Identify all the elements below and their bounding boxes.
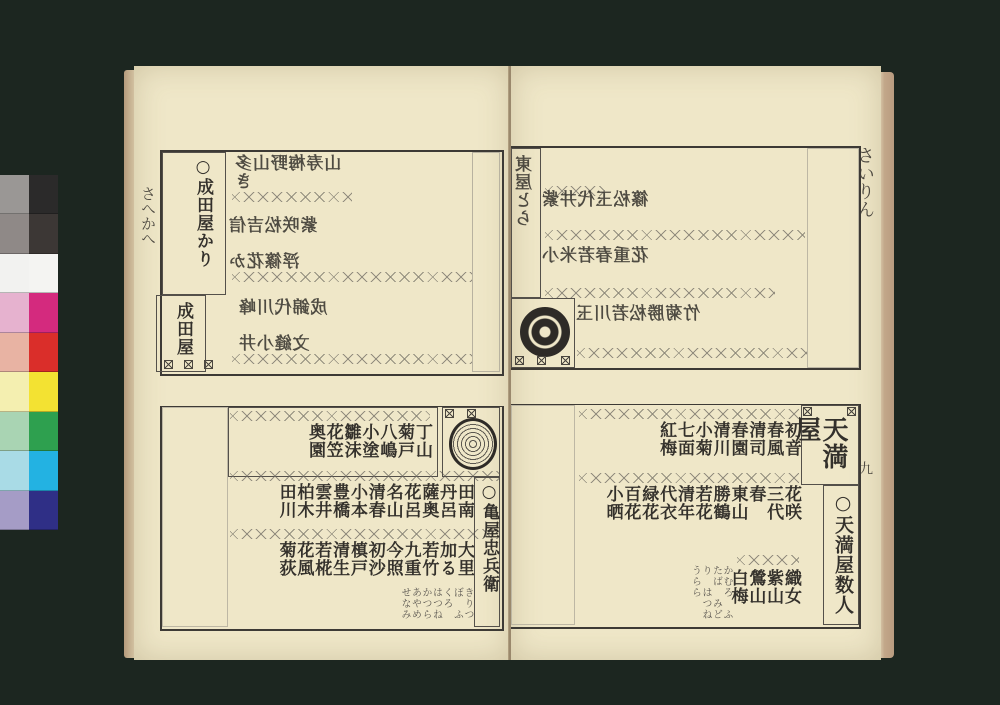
right-upper-house-cell: 東屋とら	[511, 148, 541, 298]
color-patch-light	[0, 451, 29, 490]
left-page: さへかへ ○成田屋かり 成田屋 多き 山 野 梅 寿 山 信 か 吉 花 松 篠…	[134, 66, 511, 660]
x-mark-icon	[184, 360, 193, 369]
color-patch-row	[0, 412, 58, 451]
color-patch-light	[0, 333, 29, 372]
left-lower-row-3: 大里 加る 若竹 九重 今照 初沙 槙戸 清生 若椛 花風 菊荻	[228, 541, 472, 585]
left-upper-house-label: 成田屋	[173, 302, 191, 356]
x-mark-icon	[561, 356, 570, 365]
x-mark-icon	[803, 407, 812, 416]
left-lower-house-label: ○亀屋忠兵衛	[479, 482, 497, 593]
right-upper-row-2: 小 米 若 春 重 花	[545, 246, 805, 288]
right-lower-house-cell: 天満屋	[801, 405, 859, 485]
open-book: さへかへ ○成田屋かり 成田屋 多き 山 野 梅 寿 山 信 か 吉 花 松 篠…	[124, 66, 894, 662]
right-upper-row-3: 玉 川 若 松 勝 菊 竹	[579, 304, 805, 348]
color-patch-dark	[29, 491, 58, 530]
color-patch-dark	[29, 214, 58, 253]
right-upper-block: 東屋とら 紫 井 代 玉 松 篠 小 米 若 春 重 花 玉 川 若 松 勝 菊…	[511, 146, 861, 370]
color-patch-row	[0, 214, 58, 253]
zigzag-divider	[545, 230, 805, 240]
x-mark-icon	[467, 409, 476, 418]
color-patch-light	[0, 254, 29, 293]
color-patch-light	[0, 372, 29, 411]
color-patch-row	[0, 451, 58, 490]
right-lower-block: 初音 春風 清司 春園 清川 小菊 七面 紅梅 花咲 三代春 東山 勝鶴 若花 …	[511, 404, 861, 629]
left-lower-row-2: 田南 丹呂 薩奥 花呂 名山 清春 小本 豊橋 雲井 柏木 田川	[228, 483, 472, 531]
x-mark-icon	[537, 356, 546, 365]
color-patch-row	[0, 333, 58, 372]
color-patch-light	[0, 293, 29, 332]
left-margin-label: さへかへ	[138, 186, 159, 246]
color-patch-light	[0, 491, 29, 530]
left-lower-house-cell: ○亀屋忠兵衛	[474, 477, 500, 627]
color-patch-row	[0, 254, 58, 293]
x-mark-icon	[445, 409, 454, 418]
color-patch-dark	[29, 293, 58, 332]
family-crest-icon	[520, 307, 570, 357]
left-upper-row-2: 信 か 吉 花 松 篠 咲 浮 紫	[232, 216, 472, 272]
color-patch-light	[0, 175, 29, 214]
right-lower-row-3: 織女 紫山 鶯山 白梅	[737, 569, 799, 619]
zigzag-divider	[579, 409, 799, 419]
color-calibration-chart	[0, 175, 58, 530]
zigzag-divider	[577, 348, 807, 358]
right-lower-ghost-column	[511, 405, 575, 625]
color-patch-dark	[29, 254, 58, 293]
color-patch-dark	[29, 412, 58, 451]
x-mark-icon	[204, 360, 213, 369]
color-patch-dark	[29, 372, 58, 411]
right-page: さいりん 九 東屋とら 紫 井 代 玉 松 篠 小 米 若 春 重 花 玉 川 …	[511, 66, 881, 660]
color-patch-row	[0, 293, 58, 332]
left-upper-row-3: 峰 井 川 小 代 縫 錦 文 成	[242, 298, 472, 352]
left-upper-row-1: 多き 山 野 梅 寿 山	[238, 154, 345, 190]
right-lower-notes: かむろ ふたば みどり はつね うらら	[641, 565, 731, 621]
color-patch-row	[0, 372, 58, 411]
left-lower-notes: きりつぼ ふくろ はつね かつら あやめ せなみ	[322, 587, 472, 625]
right-upper-ghost-column	[807, 148, 859, 368]
left-upper-ghost-column	[472, 152, 500, 372]
right-upper-house-label: 東屋とら	[518, 155, 536, 227]
color-patch-dark	[29, 451, 58, 490]
zigzag-divider	[545, 288, 775, 298]
x-mark-icon	[515, 356, 524, 365]
left-lower-ghost-column	[162, 407, 228, 627]
zigzag-divider	[230, 411, 430, 421]
left-lower-block: 丁山 菊戸 八嶋 小塗 雛沫 花笠 奥園 田南 丹呂 薩奥 花呂 名山 清春 小…	[160, 406, 504, 631]
right-lower-house-label: 天満屋	[791, 416, 846, 484]
left-lower-row-1: 丁山 菊戸 八嶋 小塗 雛沫 花笠 奥園	[234, 423, 430, 473]
left-upper-side-title: ○成田屋かり	[193, 157, 211, 268]
color-patch-light	[0, 214, 29, 253]
right-upper-row-1: 紫 井 代 玉 松 篠	[545, 190, 805, 230]
right-lower-side-title: ○天満屋数人	[832, 492, 852, 615]
family-crest-icon	[449, 418, 497, 470]
color-patch-row	[0, 175, 58, 214]
color-patch-light	[0, 412, 29, 451]
left-upper-block: ○成田屋かり 成田屋 多き 山 野 梅 寿 山 信 か 吉 花 松 篠 咲 浮 …	[160, 150, 504, 376]
x-mark-icon	[847, 407, 856, 416]
x-mark-icon	[164, 360, 173, 369]
left-upper-side-title-cell: ○成田屋かり	[162, 152, 226, 295]
zigzag-divider	[737, 555, 799, 565]
right-lower-row-2: 花咲 三代春 東山 勝鶴 若花 清年 代衣 緑花 百花 小晒	[579, 485, 799, 537]
color-patch-row	[0, 491, 58, 530]
right-lower-row-1: 初音 春風 清司 春園 清川 小菊 七面 紅梅	[579, 421, 799, 473]
color-patch-dark	[29, 333, 58, 372]
right-lower-side-title-cell: ○天満屋数人	[823, 485, 859, 625]
color-patch-dark	[29, 175, 58, 214]
